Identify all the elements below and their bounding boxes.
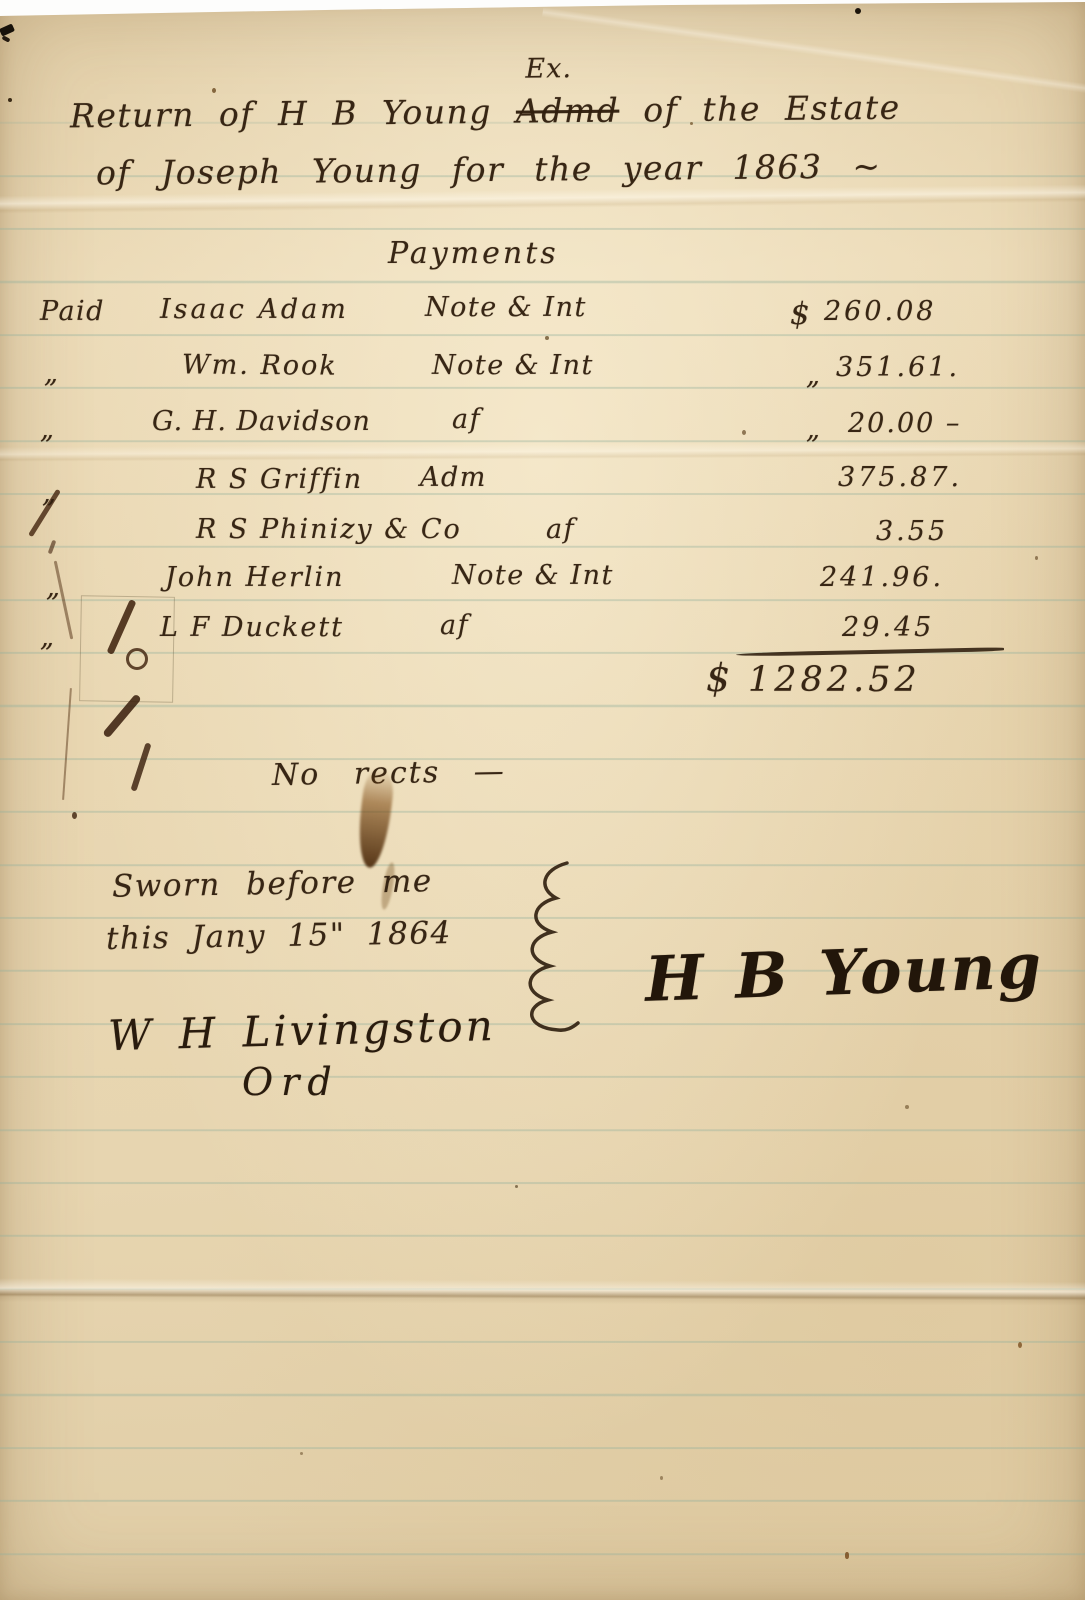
- payment-desc: af: [440, 610, 469, 641]
- amount: 375.87.: [838, 462, 962, 493]
- amount: 20.00 –: [848, 408, 961, 439]
- currency-mark: „: [806, 360, 822, 391]
- executor-signature: H B Young: [644, 929, 1044, 1016]
- payment-desc: Note & Int: [452, 560, 614, 591]
- paper-sheet: Return of H B Young Admd Ex. of the Esta…: [0, 0, 1085, 1600]
- curly-brace: [512, 858, 582, 1048]
- row-prefix: „: [46, 572, 62, 603]
- row-prefix: „: [40, 622, 56, 653]
- amount: 3.55: [876, 516, 948, 547]
- title-text-pre: Return of H B Young: [70, 92, 516, 136]
- payee-name: Isaac Adam: [160, 294, 349, 325]
- payee-name: R S Phinizy & Co: [196, 514, 462, 545]
- payment-desc: af: [452, 404, 481, 435]
- payment-desc: Note & Int: [425, 292, 587, 323]
- scanned-document: Return of H B Young Admd Ex. of the Esta…: [0, 0, 1085, 1600]
- row-prefix: „: [44, 358, 60, 389]
- payment-desc: Note & Int: [432, 350, 594, 381]
- amount: 260.08: [824, 296, 936, 327]
- document-title-line2: of Joseph Young for the year 1863 ~: [96, 147, 882, 193]
- total-currency: $: [706, 656, 732, 700]
- inserted-word: Ex.: [525, 53, 572, 84]
- payee-name: Wm. Rook: [182, 349, 338, 381]
- total-amount: 1282.52: [748, 660, 921, 700]
- amount: 351.61.: [836, 352, 960, 383]
- payee-name: G. H. Davidson: [152, 406, 371, 437]
- attestation-line1: Sworn before me: [112, 863, 433, 905]
- currency-mark: $: [790, 296, 811, 332]
- payee-name: L F Duckett: [160, 612, 344, 643]
- payee-name: R S Griffin: [196, 464, 363, 495]
- title-text-post: of the Estate: [643, 88, 901, 130]
- struck-word-wrapper: Admd Ex.: [516, 90, 644, 130]
- payee-name: John Herlin: [165, 562, 345, 593]
- officer-title: Ord: [242, 1060, 340, 1104]
- currency-mark: „: [806, 414, 822, 445]
- payment-desc: Adm: [420, 462, 487, 493]
- payments-heading: Payments: [388, 236, 559, 271]
- no-receipts-note: No rects —: [272, 754, 506, 793]
- attestation-line2: this Jany 15" 1864: [106, 915, 452, 957]
- row-prefix: „: [42, 478, 58, 509]
- row-prefix: „: [40, 414, 56, 445]
- officer-signature: W H Livingston: [107, 1001, 496, 1060]
- amount: 241.96.: [820, 562, 944, 593]
- payment-desc: af: [546, 514, 575, 545]
- struck-word: Admd: [516, 91, 620, 131]
- row-prefix: Paid: [40, 296, 105, 327]
- amount: 29.45: [842, 612, 934, 643]
